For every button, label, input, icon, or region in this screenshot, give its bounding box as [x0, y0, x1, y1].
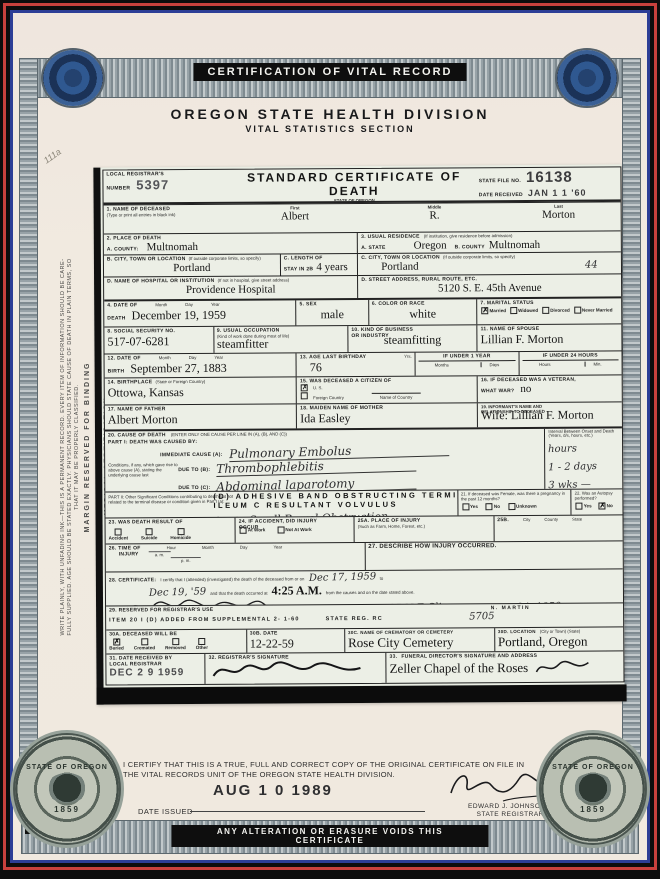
accident-checkbox	[115, 528, 122, 535]
cause-of-death-row: 20. CAUSE OF DEATH (ENTER ONLY ONE CAUSE…	[105, 426, 622, 491]
deceased-will-be-cell: 30A. DECEASED WILL BE ✗Buried Cremated R…	[106, 630, 246, 654]
cause-of-death-label: 20. CAUSE OF DEATH	[108, 432, 166, 438]
division-title: OREGON STATE HEALTH DIVISION	[13, 106, 647, 122]
under-1-year-cell: IF UNDER 1 YEAR Months Days	[415, 352, 519, 376]
ssn-occupation-row: 8. SOCIAL SECURITY NO. 517-07-6281 9. US…	[104, 324, 621, 354]
injury-location-cell: 25B. City County State	[493, 515, 622, 541]
date-of-death-cell: 4. DATE OF Month Day Year DEATH December…	[104, 300, 295, 326]
birthplace-value: Ottowa, Kansas	[108, 385, 293, 401]
certificate-28-label: 28. CERTIFICATE:	[109, 577, 157, 583]
married-label: Married	[489, 308, 506, 313]
interval-cell: Interval Between Onset and Death (Years,…	[544, 428, 622, 488]
death-city-cell: B. CITY, TOWN OR LOCATION (If outside co…	[104, 255, 280, 277]
interval-label-2: (Years, d/s, hours, etc.)	[548, 434, 619, 439]
veteran-label-2: WHAT WAR?	[481, 388, 514, 394]
interval-c-value: 3 wks —	[549, 479, 592, 489]
hospital-cell: D. NAME OF HOSPITAL OR INSTITUTION (If n…	[104, 276, 357, 300]
funeral-director-number: 33.	[389, 654, 397, 660]
other-label: Other	[196, 645, 208, 650]
cause-of-death-cell: 20. CAUSE OF DEATH (ENTER ONLY ONE CAUSE…	[105, 429, 545, 492]
first-name-cell: First Albert	[217, 204, 372, 233]
name-of-country-label: Name of Country	[372, 393, 421, 402]
registrar-name-typed: N. MARTIN	[491, 605, 530, 611]
top-banner-plate: CERTIFICATION OF VITAL RECORD	[194, 63, 467, 81]
middle-name-value: R.	[375, 209, 493, 222]
death-county-value: Multnomah	[147, 241, 198, 253]
oregon-seal-left: STATE OF OREGON 1859	[15, 735, 119, 843]
seal-ring-text: STATE OF OREGON	[552, 764, 634, 771]
mother-value: Ida Easley	[300, 411, 474, 427]
mother-cell: 18. MAIDEN NAME OF MOTHER Ida Easley	[296, 404, 477, 428]
hours-col-label: Hours	[539, 362, 550, 367]
funeral-row: 31. DATE RECEIVED BY LOCAL REGISTRAR DEC…	[106, 650, 623, 684]
spouse-cell: 11. NAME OF SPOUSE Lillian F. Morton	[477, 325, 622, 352]
days-col-label: Days	[480, 363, 499, 368]
business-cell: 10. KIND OF BUSINESS OR INDUSTRY steamfi…	[347, 326, 476, 353]
time-of-death-value: 4:25 A.M.	[272, 583, 322, 598]
last-name-cell: Last Morton	[496, 202, 620, 231]
disposition-date-value: 12-22-59	[250, 636, 341, 652]
margin-note-line: THAT IT MAY BE PROPERLY CLASSIFIED.	[74, 162, 81, 732]
part2-typed-line1: (D) ADHESIVE BAND OBSTRUCTING TERMINAL	[213, 490, 457, 500]
cause-instruction: (ENTER ONLY ONE CAUSE PER LINE IN (A), (…	[171, 431, 287, 438]
never-married-label: Never Married	[582, 308, 613, 313]
accident-label: Accident	[109, 535, 128, 540]
homicide-label: Homicide	[170, 535, 191, 540]
months-col-label: Months	[435, 363, 449, 368]
deceased-will-be-label: 30A. DECEASED WILL BE	[109, 631, 243, 638]
last-name-value: Morton	[500, 208, 618, 221]
buried-checkbox: ✗	[113, 638, 120, 645]
seal-crest	[46, 773, 88, 803]
margin-note-line: WRITE PLAINLY, WITH UNFADING INK—THIS IS…	[60, 162, 67, 732]
funeral-director-label: FUNERAL DIRECTOR'S SIGNATURE AND ADDRESS	[401, 653, 537, 660]
not-at-work-label: Not At Work	[285, 527, 311, 532]
name-instruction: (Type or print all entries in black ink)	[107, 212, 215, 218]
homicide-checkbox	[177, 528, 184, 535]
number-label: NUMBER	[106, 185, 130, 191]
pregnancy-unknown-label: Unknown	[516, 503, 537, 508]
occupation-cell: 9. USUAL OCCUPATION (Kind of work done d…	[213, 326, 348, 353]
spouse-value: Lillian F. Morton	[481, 332, 619, 348]
death-result-cell: 23. WAS DEATH RESULT OF Accident Suicide…	[106, 518, 235, 544]
citizen-cell: 15. WAS DECEASED A CITIZEN OF ✗ U. S. Fo…	[296, 377, 477, 404]
disposition-date-cell: 30B. DATE 12-22-59	[246, 629, 344, 653]
residence-county-label: B. COUNTY	[455, 244, 485, 250]
due-to-b-label: DUE TO (B):	[178, 467, 210, 473]
residence-city-note: (If outside corporate limits, so specify…	[443, 254, 515, 260]
widowed-checkbox	[510, 307, 517, 314]
part2-cell: PART II: Other Significant Conditions co…	[105, 490, 457, 517]
usual-residence-cell: 3. USUAL RESIDENCE (If institution, give…	[357, 232, 621, 254]
sex-value: male	[300, 307, 365, 322]
injury-at-work-cell: 24. IF ACCIDENT, DID INJURY OCCUR At Wor…	[235, 517, 354, 543]
state-file-label: STATE FILE NO.	[479, 178, 521, 184]
am-label: a. m.	[149, 552, 171, 558]
pregnancy-cell: 21. If deceased was Female, was there a …	[457, 489, 571, 515]
birth-label-2: BIRTH	[108, 369, 125, 375]
registrar-signature	[209, 660, 369, 681]
first-name-value: Albert	[220, 210, 369, 223]
pregnancy-yes-checkbox	[462, 503, 469, 510]
sex-cell: 5. SEX male	[295, 300, 368, 326]
informant-value: Wife: Lillian F. Morton	[481, 408, 619, 424]
accident-row: 23. WAS DEATH RESULT OF Accident Suicide…	[106, 514, 623, 543]
margin-reserved-label: MARGIN RESERVED FOR BINDING	[84, 162, 91, 732]
autopsy-yes-checkbox	[576, 502, 583, 509]
date-issued-label: DATE ISSUED	[138, 807, 193, 816]
cemetery-cell: 30C. NAME OF CREMATORY OR CEMETERY Rose …	[344, 628, 494, 652]
funeral-home-value: Zeller Chapel of the Roses	[390, 660, 529, 677]
certificate-text-2: and that the death occurred at	[210, 590, 267, 595]
time-of-injury-row: 26. TIME OF Hour Month Day Year INJURY a…	[106, 541, 623, 571]
cremated-checkbox	[141, 638, 148, 645]
certificate-text-1: I certify that I (attended) (investigate…	[160, 576, 304, 582]
length-of-stay-value: 4 years	[316, 261, 348, 273]
married-checkbox: ✗	[481, 308, 488, 315]
injury-county-label: County	[544, 517, 558, 523]
injury-city-label: City	[523, 517, 530, 523]
date-received-label: DATE RECEIVED	[479, 192, 523, 198]
death-city-value: Portland	[107, 262, 277, 275]
seal-ring-text: STATE OF OREGON	[26, 764, 108, 771]
certificate-form: LOCAL REGISTRAR'S NUMBER 5397 STANDARD C…	[102, 166, 624, 685]
attended-from-date: Dec 17, 1959	[308, 571, 376, 584]
state-registrar-title: STATE REGISTRAR	[468, 811, 553, 819]
conditions-note: Conditions, if any, which gave rise to a…	[108, 462, 178, 491]
date-of-birth-cell: 12. DATE OF Month Day Year BIRTH Septemb…	[105, 354, 296, 378]
marital-status-cell: 7. MARITAL STATUS ✗Married Widowed Divor…	[476, 298, 621, 324]
part2-typed-line2: ILEUM C RESULTANT VOLVULUS	[213, 499, 457, 510]
veteran-cell: 16. IF DECEASED WAS A VETERAN, WHAT WAR?…	[477, 376, 622, 403]
age-value: 76	[310, 360, 412, 376]
interval-a-value: hours	[548, 443, 577, 455]
local-registrar-number: 5397	[136, 177, 169, 192]
father-value: Albert Morton	[108, 412, 293, 428]
describe-injury-label: 27. DESCRIBE HOW INJURY OCCURRED.	[368, 543, 620, 551]
citizen-foreign-label: Foreign Country	[313, 394, 344, 402]
autopsy-no-label: No	[607, 503, 613, 508]
cemetery-value: Rose City Cemetery	[348, 634, 491, 651]
widowed-label: Widowed	[518, 308, 538, 313]
place-of-death-county-cell: 2. PLACE OF DEATH A. COUNTY: Multnomah	[104, 233, 357, 255]
division-subtitle: VITAL STATISTICS SECTION	[13, 124, 647, 134]
hospital-value: Providence Hospital	[107, 283, 354, 297]
death-date-row: 4. DATE OF Month Day Year DEATH December…	[104, 296, 621, 326]
time-of-injury-cell: 26. TIME OF Hour Month Day Year INJURY a…	[106, 543, 365, 571]
removed-label: Removed	[165, 645, 186, 650]
age-yrs-label: Yrs.	[404, 354, 412, 360]
under-24-hours-cell: IF UNDER 24 HOURS Hours Min.	[518, 352, 622, 376]
birthplace-citizen-row: 14. BIRTHPLACE (State or Foreign Country…	[105, 375, 622, 405]
residence-state-value: Oregon	[414, 240, 447, 252]
cemetery-location-cell: 30D. LOCATION (City or Town) (State) Por…	[494, 627, 623, 651]
suicide-checkbox	[146, 528, 153, 535]
under-24-hours-label: IF UNDER 24 HOURS	[522, 353, 618, 360]
date-received-local-cell: 31. DATE RECEIVED BY LOCAL REGISTRAR DEC…	[106, 654, 204, 685]
local-registrar-number-cell: LOCAL REGISTRAR'S NUMBER 5397	[103, 170, 232, 203]
funeral-director-signature	[532, 659, 592, 677]
form-header-row: LOCAL REGISTRAR'S NUMBER 5397 STANDARD C…	[103, 167, 620, 204]
pregnancy-label: 21. If deceased was Female, was there a …	[461, 490, 568, 501]
death-result-label: 23. WAS DEATH RESULT OF	[109, 519, 232, 526]
supplemental-note: ITEM 20 I (D) ADDED FROM SUPPLEMENTAL 2-…	[109, 616, 300, 623]
pregnancy-no-label: No	[494, 504, 500, 509]
injury-label-2: INJURY	[119, 552, 139, 558]
pregnancy-no-checkbox	[486, 503, 493, 510]
division-title-block: OREGON STATE HEALTH DIVISION VITAL STATI…	[13, 106, 647, 134]
date-of-birth-value: September 27, 1883	[130, 361, 226, 377]
age-cell: 13. AGE LAST BIRTHDAY Yrs. 76	[296, 353, 415, 377]
ssn-value: 517-07-6281	[107, 334, 210, 350]
seal-crest	[572, 773, 614, 803]
injury-state-label: State	[572, 517, 582, 523]
place-of-injury-cell: 25A. PLACE OF INJURY (Such as Farm, Home…	[354, 516, 494, 542]
length-of-stay-label-2: STAY IN 2B	[284, 267, 314, 273]
death-label-2: DEATH	[107, 315, 125, 321]
date-issued-line	[190, 811, 425, 812]
registrar-hand-number: 5705	[469, 611, 495, 623]
pregnancy-yes-label: Yes	[470, 504, 478, 509]
immediate-cause-label: IMMEDIATE CAUSE (A):	[160, 452, 223, 458]
interval-b-value: 1 - 2 days	[548, 461, 597, 473]
date-received-stamp: JAN 1 1 '60	[528, 188, 587, 198]
certificate-title-cell: STANDARD CERTIFICATE OF DEATH STATE OF O…	[233, 168, 476, 201]
state-file-number: 16138	[526, 169, 573, 186]
citizen-foreign-checkbox	[301, 393, 308, 400]
place-residence-row-b: B. CITY, TOWN OR LOCATION (If outside co…	[104, 252, 621, 277]
at-work-checkbox	[240, 527, 247, 534]
residence-city-value: Portland	[381, 261, 418, 273]
seal-year: 1859	[580, 805, 606, 814]
street-address-value: 5120 S. E. 45th Avenue	[361, 281, 618, 295]
usual-residence-note: (If institution, give residence before a…	[424, 233, 513, 239]
autopsy-label: 22. Was an Autopsy performed?	[575, 490, 620, 500]
photocopy-bottom-bar	[97, 684, 627, 704]
residence-county-value: Multnomah	[489, 239, 540, 251]
injury-month-label: Month	[202, 545, 214, 551]
bottom-banner-plate: ANY ALTERATION OR ERASURE VOIDS THIS CER…	[172, 825, 489, 847]
disposition-row: 30A. DECEASED WILL BE ✗Buried Cremated R…	[106, 626, 623, 653]
funeral-director-cell: 33. FUNERAL DIRECTOR'S SIGNATURE AND ADD…	[385, 651, 623, 682]
registrar-use-row: 29. RESERVED FOR REGISTRAR'S USE N. MART…	[106, 602, 623, 630]
birth-date-row: 12. DATE OF Month Day Year BIRTH Septemb…	[105, 351, 622, 378]
county-label: A. COUNTY:	[107, 247, 139, 253]
under-1-year-label: IF UNDER 1 YEAR	[419, 353, 515, 360]
informant-cell: 19. INFORMANT'S NAME AND RELATIONSHIP TO…	[477, 403, 622, 427]
pregnancy-unknown-checkbox	[508, 503, 515, 510]
name-label-cell: 1. NAME OF DECEASED (Type or print all e…	[104, 205, 218, 234]
engraved-right-band	[622, 58, 641, 820]
25b-label: 25B.	[497, 517, 509, 523]
state-registrar-name: EDWARD J. JOHNSON II	[468, 803, 553, 811]
describe-injury-cell: 27. DESCRIBE HOW INJURY OCCURRED.	[364, 542, 623, 570]
oregon-seal-right: STATE OF OREGON 1859	[541, 735, 645, 843]
attended-to-date: Dec 19, '59	[149, 586, 207, 599]
state-reg-note: STATE REG. RC	[326, 615, 383, 621]
buried-label: Buried	[109, 645, 124, 650]
residence-city-cell: C. CITY, TOWN OR LOCATION (If outside co…	[357, 253, 621, 275]
street-address-cell: D. STREET ADDRESS, RURAL ROUTE, ETC. 512…	[357, 274, 621, 298]
place-of-injury-note: (Such as Farm, Home, Forest, etc.)	[358, 523, 491, 529]
veteran-value: no	[520, 383, 531, 395]
usual-residence-label: 3. USUAL RESIDENCE	[361, 234, 420, 240]
engraved-left-band	[19, 58, 38, 820]
date-issued-block: DATE ISSUED	[138, 801, 388, 819]
physician-certificate-cell: 28. CERTIFICATE: I certify that I (atten…	[106, 569, 623, 605]
other-checkbox	[198, 638, 205, 645]
race-value: white	[372, 306, 474, 322]
place-residence-row-d: D. NAME OF HOSPITAL OR INSTITUTION (If n…	[104, 273, 621, 300]
length-of-stay-cell: C. LENGTH OF STAY IN 2B 4 years	[280, 254, 358, 275]
date-received-local-stamp: DEC 2 9 1959	[109, 667, 201, 679]
autopsy-no-checkbox: ✗	[599, 502, 606, 509]
ssn-cell: 8. SOCIAL SECURITY NO. 517-07-6281	[104, 327, 213, 354]
to-label: to	[380, 575, 384, 580]
removed-checkbox	[172, 638, 179, 645]
injury-day-label: Day	[240, 545, 248, 551]
name-of-deceased-row: 1. NAME OF DECEASED (Type or print all e…	[104, 201, 621, 233]
date-issued-stamp: AUG 1 0 1989	[213, 782, 333, 799]
cremated-label: Cremated	[134, 645, 155, 650]
middle-name-cell: Middle R.	[372, 203, 496, 232]
pm-label: p. m.	[171, 557, 201, 563]
at-work-label: At Work	[248, 527, 266, 532]
state-label: A. STATE	[361, 245, 385, 251]
birthplace-cell: 14. BIRTHPLACE (State or Foreign Country…	[105, 378, 296, 405]
registrar-signature-cell: 32. REGISTRAR'S SIGNATURE	[205, 653, 386, 684]
death-certificate-photocopy: MEDICAL CERTIFICATION LOCAL REGISTRAR'S …	[93, 164, 624, 704]
hospital-note: (If not in hospital, give street address…	[218, 277, 290, 283]
state-file-cell: STATE FILE NO. 16138 DATE RECEIVED JAN 1…	[476, 167, 621, 200]
parents-row: 17. NAME OF FATHER Albert Morton 18. MAI…	[105, 402, 622, 430]
bottom-banner-text: ANY ALTERATION OR ERASURE VOIDS THIS CER…	[217, 827, 443, 845]
state-registrar-block: EDWARD J. JOHNSON II STATE REGISTRAR	[468, 803, 553, 819]
certificate-text-3: from the causes and on the date stated a…	[326, 589, 415, 595]
corner-medallion-top-left	[43, 50, 103, 106]
suicide-label: Suicide	[141, 535, 157, 540]
never-married-checkbox	[574, 307, 581, 314]
father-cell: 17. NAME OF FATHER Albert Morton	[105, 405, 296, 430]
residence-city-handwritten: 44	[585, 260, 598, 272]
citizen-us-label: U. S.	[313, 385, 323, 393]
divorced-label: Divorced	[550, 308, 570, 313]
part2-row: PART II: Other Significant Conditions co…	[105, 488, 622, 517]
part1-label: PART I: DEATH WAS CAUSED BY:	[108, 439, 197, 446]
citizen-us-checkbox: ✗	[301, 385, 308, 392]
race-cell: 6. COLOR OR RACE white	[368, 299, 477, 325]
date-of-death-value: December 19, 1959	[132, 308, 226, 324]
autopsy-cell: 22. Was an Autopsy performed? Yes ✗No	[571, 489, 623, 515]
registrar-use-label: 29. RESERVED FOR REGISTRAR'S USE	[109, 607, 213, 614]
corner-medallion-top-right	[557, 50, 617, 106]
seal-year: 1859	[54, 805, 80, 814]
certificate-title: STANDARD CERTIFICATE OF DEATH	[236, 169, 473, 198]
divorced-checkbox	[542, 307, 549, 314]
certificate-paper: CERTIFICATION OF VITAL RECORD OREGON STA…	[13, 13, 647, 860]
injury-year-label: Year	[274, 545, 283, 551]
margin-note-line: FULLY SUPPLIED. AGE SHOULD BE STATED EXA…	[67, 162, 74, 732]
cemetery-location-value: Portland, Oregon	[498, 633, 620, 650]
not-at-work-checkbox	[277, 527, 284, 534]
occupation-value: steamfitter	[217, 336, 344, 352]
min-col-label: Min.	[584, 362, 601, 367]
physician-certificate-row: 28. CERTIFICATE: I certify that I (atten…	[106, 568, 623, 605]
registrar-use-cell: 29. RESERVED FOR REGISTRAR'S USE N. MART…	[106, 603, 623, 630]
autopsy-yes-label: Yes	[584, 503, 592, 508]
org-line-1: STATE OF OREGON	[236, 197, 473, 201]
top-banner-text: CERTIFICATION OF VITAL RECORD	[208, 66, 453, 78]
